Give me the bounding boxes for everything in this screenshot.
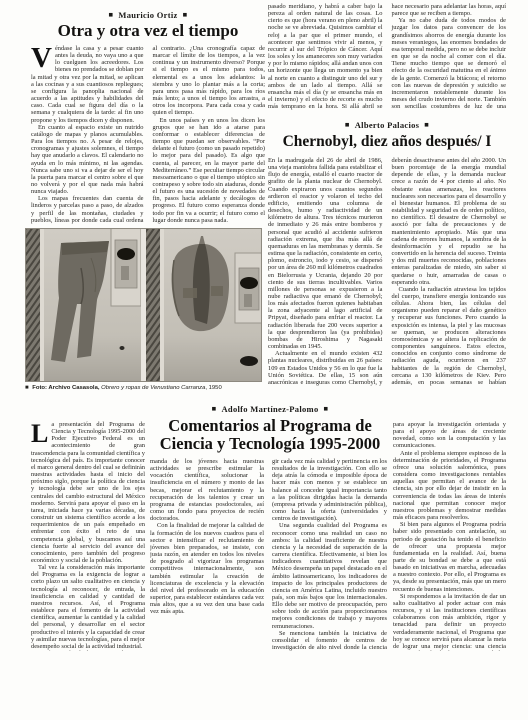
photo-pants-panel xyxy=(25,228,141,382)
paragraph: manda de los jóvenes hacia nuestras acti… xyxy=(150,458,264,522)
article1-author: Mauricio Ortiz xyxy=(118,10,177,20)
caption-label: Foto: Archivo Casasola, xyxy=(32,385,99,391)
paragraph: En la madrugada del 26 de abril de 1986,… xyxy=(268,157,383,350)
article3-byline: ■ Adolfo Martínez-Palomo ■ xyxy=(148,404,392,414)
article2-body: En la madrugada del 26 de abril de 1986,… xyxy=(268,157,506,392)
paragraph: La presentación del Programa de Ciencia … xyxy=(31,421,145,564)
square-bullet-icon: ■ xyxy=(212,405,217,413)
square-bullet-icon: ■ xyxy=(345,121,350,129)
paragraph: Ya no cabe duda de todos modos de juzgar… xyxy=(392,3,507,116)
square-bullet-icon: ■ xyxy=(25,385,29,391)
article1-title: Otra y otra vez el tiempo xyxy=(30,22,266,40)
photo-caption: ■ Foto: Archivo Casasola, Obrero y ropas… xyxy=(25,385,262,392)
photo-hanging-clothes xyxy=(25,228,262,382)
caption-title: Obrero y ropas de Venustiano Carranza xyxy=(101,385,205,391)
article1-byline: ■ Mauricio Ortiz ■ xyxy=(30,10,266,20)
article3-column3: gir cada vez más calidad y pertinencia e… xyxy=(272,458,387,651)
drop-cap: V xyxy=(31,45,55,70)
square-bullet-icon: ■ xyxy=(324,405,329,413)
paragraph: Si respondemos a la invitación de dar un… xyxy=(393,593,506,651)
paragraph: La formación de los recursos humanos ocu… xyxy=(31,650,145,651)
article3-column1: La presentación del Programa de Ciencia … xyxy=(31,421,145,651)
paragraph: Ante el problema siempre espinoso de la … xyxy=(393,450,506,522)
paragraph: Con la finalidad de mejorar la calidad d… xyxy=(150,522,264,615)
article3-title: Comentarios al Programa de Ciencia y Tec… xyxy=(148,417,392,453)
paragraph: En cuanto al espacio existe un nutrido c… xyxy=(31,124,144,196)
article3-column4: para apoyar la investigación orientada y… xyxy=(393,421,506,651)
article3-column2: manda de los jóvenes hacia nuestras acti… xyxy=(150,458,264,651)
photo-illustration xyxy=(25,228,262,382)
article1-continuation: pasado meridiano, y habrá a caber bajo l… xyxy=(268,3,506,116)
paragraph: En unos países y en unos los dicen los g… xyxy=(153,117,266,224)
paragraph: Si bien para algunos el Programa podría … xyxy=(393,521,506,593)
article3-author: Adolfo Martínez-Palomo xyxy=(221,404,318,414)
drop-cap: L xyxy=(31,421,51,444)
paragraph: gir cada vez más calidad y pertinencia e… xyxy=(272,458,387,522)
newspaper-page: { "marks": { "square": "■" }, "tiempo": … xyxy=(0,0,528,720)
article1-body: Véndase la casa y a pesar cuanto antes l… xyxy=(31,45,265,228)
paragraph: Una segunda cualidad del Programa es rec… xyxy=(272,522,387,629)
article2-byline: ■ Alberto Palacios ■ xyxy=(268,120,506,130)
square-bullet-icon: ■ xyxy=(424,121,429,129)
paragraph: Véndase la casa y a pesar cuanto antes l… xyxy=(31,45,144,124)
paragraph: Se menciona también la iniciativa de con… xyxy=(272,630,387,651)
photo-jacket-panel xyxy=(146,228,262,382)
square-bullet-icon: ■ xyxy=(109,11,114,19)
caption-year: , 1950 xyxy=(205,385,221,391)
article2-title: Chernobyl, diez años después/ I xyxy=(268,133,506,150)
article2-author: Alberto Palacios xyxy=(355,120,420,130)
paragraph: Tal vez la consideración más importante … xyxy=(31,564,145,650)
paragraph: para apoyar la investigación orientada y… xyxy=(393,421,506,450)
square-bullet-icon: ■ xyxy=(183,11,188,19)
